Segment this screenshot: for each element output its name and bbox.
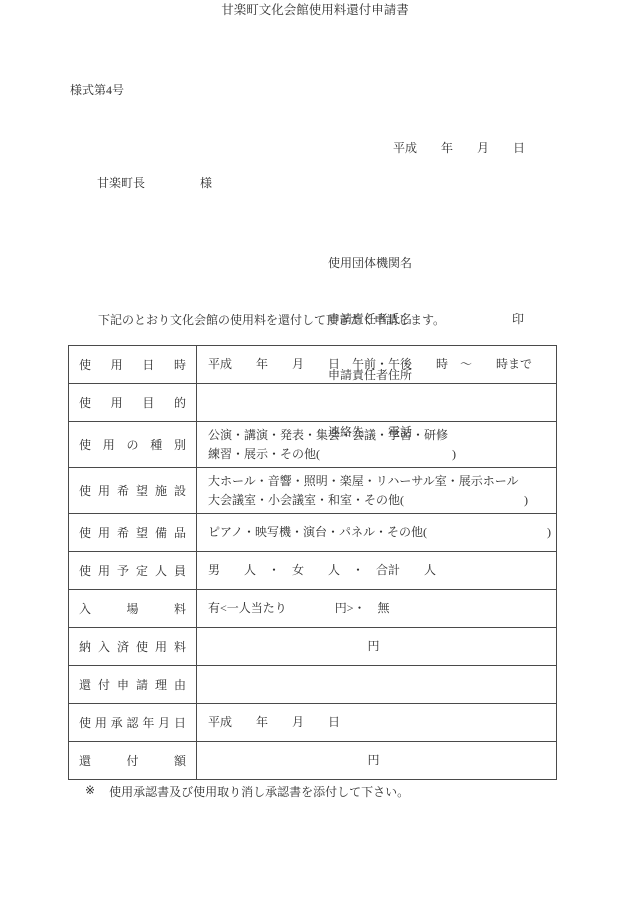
row-label: 使用日時 (79, 356, 186, 373)
row-value-line: 平成 年 月 日 午前・午後 時 ～ 時まで (208, 355, 550, 374)
row-value-cell: ピアノ・映写機・演台・パネル・その他( ) (197, 514, 557, 552)
row-label: 入場料 (79, 600, 186, 617)
row-value-cell: 有<一人当たり 円>・ 無 (197, 590, 557, 628)
applicant-org-label: 使用団体機関名 (328, 254, 524, 273)
table-row: 還付申請理由 (69, 666, 557, 704)
row-label-cell: 入場料 (69, 590, 197, 628)
row-value-line: 円 (197, 751, 550, 770)
row-value-line: 大会議室・小会議室・和室・その他( ) (208, 491, 550, 510)
row-value-line: 平成 年 月 日 (208, 713, 550, 732)
row-label-cell: 使用希望施設 (69, 468, 197, 514)
row-label: 使用予定人員 (79, 562, 186, 579)
table-row: 使用日時平成 年 月 日 午前・午後 時 ～ 時まで (69, 346, 557, 384)
seal-label: 印 (512, 310, 524, 329)
row-label-cell: 使用目的 (69, 384, 197, 422)
table-row: 使用承認年月日平成 年 月 日 (69, 704, 557, 742)
row-value-cell: 円 (197, 628, 557, 666)
row-label-cell: 納入済使用料 (69, 628, 197, 666)
row-label-cell: 使用予定人員 (69, 552, 197, 590)
row-value-cell: 円 (197, 742, 557, 780)
form-table-body: 使用日時平成 年 月 日 午前・午後 時 ～ 時まで使用目的使用の種別公演・講演… (69, 346, 557, 780)
row-label: 使用希望備品 (79, 524, 186, 541)
table-row: 使用の種別公演・講演・発表・集会・会議・学習・研修練習・展示・その他( ) (69, 422, 557, 468)
addressee-line: 甘楽町長 様 (97, 174, 212, 191)
row-value-cell: 公演・講演・発表・集会・会議・学習・研修練習・展示・その他( ) (197, 422, 557, 468)
row-label-cell: 還付申請理由 (69, 666, 197, 704)
row-label-cell: 使用の種別 (69, 422, 197, 468)
table-row: 入場料有<一人当たり 円>・ 無 (69, 590, 557, 628)
date-line: 平成 年 月 日 (393, 139, 525, 156)
table-row: 使用目的 (69, 384, 557, 422)
table-row: 納入済使用料円 (69, 628, 557, 666)
row-value-line: 練習・展示・その他( ) (208, 445, 550, 464)
row-value-line: 男 人 ・ 女 人 ・ 合計 人 (208, 561, 550, 580)
row-value-cell: 大ホール・音響・照明・楽屋・リハーサル室・展示ホール大会議室・小会議室・和室・そ… (197, 468, 557, 514)
row-label-cell: 還付額 (69, 742, 197, 780)
addressee-honorific: 様 (200, 174, 212, 191)
table-row: 還付額円 (69, 742, 557, 780)
row-label-cell: 使用希望備品 (69, 514, 197, 552)
row-value-cell: 平成 年 月 日 午前・午後 時 ～ 時まで (197, 346, 557, 384)
intro-sentence: 下記のとおり文化会館の使用料を還付して頂きたく申請します。 (98, 311, 445, 328)
row-label-cell: 使用日時 (69, 346, 197, 384)
row-label-cell: 使用承認年月日 (69, 704, 197, 742)
row-value-cell (197, 384, 557, 422)
document-page: 様式第4号 甘楽町文化会館使用料還付申請書 平成 年 月 日 甘楽町長 様 使用… (0, 0, 630, 916)
row-label: 納入済使用料 (79, 638, 186, 655)
footnote-mark: ※ (85, 783, 95, 800)
row-label: 還付額 (79, 752, 186, 769)
page-title: 甘楽町文化会館使用料還付申請書 (0, 0, 630, 18)
row-label: 使用承認年月日 (79, 714, 186, 731)
table-row: 使用予定人員男 人 ・ 女 人 ・ 合計 人 (69, 552, 557, 590)
footnote-line: ※ 使用承認書及び使用取り消し承認書を添付して下さい。 (85, 783, 409, 800)
row-label: 還付申請理由 (79, 676, 186, 693)
footnote-text: 使用承認書及び使用取り消し承認書を添付して下さい。 (109, 783, 409, 800)
row-label: 使用希望施設 (79, 482, 186, 499)
row-label: 使用の種別 (79, 436, 186, 453)
row-value-line: 大ホール・音響・照明・楽屋・リハーサル室・展示ホール (208, 472, 550, 491)
row-value-line: ピアノ・映写機・演台・パネル・その他( ) (208, 523, 550, 542)
row-value-line: 円 (197, 637, 550, 656)
application-form-table: 使用日時平成 年 月 日 午前・午後 時 ～ 時まで使用目的使用の種別公演・講演… (68, 345, 557, 780)
row-label: 使用目的 (79, 394, 186, 411)
form-number: 様式第4号 (70, 81, 124, 98)
table-row: 使用希望備品ピアノ・映写機・演台・パネル・その他( ) (69, 514, 557, 552)
table-row: 使用希望施設大ホール・音響・照明・楽屋・リハーサル室・展示ホール大会議室・小会議… (69, 468, 557, 514)
row-value-cell: 平成 年 月 日 (197, 704, 557, 742)
row-value-cell (197, 666, 557, 704)
row-value-line: 公演・講演・発表・集会・会議・学習・研修 (208, 426, 550, 445)
row-value-cell: 男 人 ・ 女 人 ・ 合計 人 (197, 552, 557, 590)
row-value-line: 有<一人当たり 円>・ 無 (208, 599, 550, 618)
addressee-name: 甘楽町長 (97, 174, 145, 191)
